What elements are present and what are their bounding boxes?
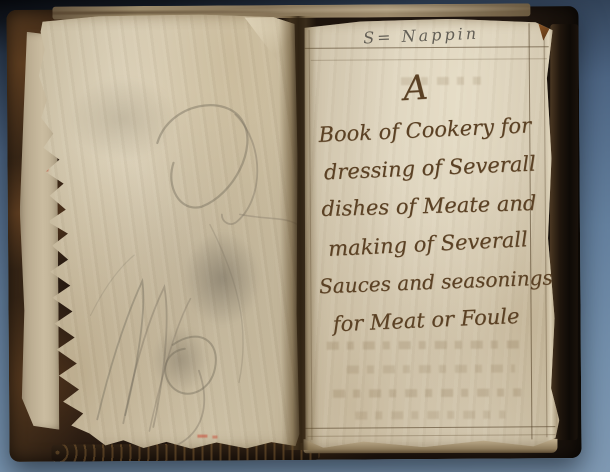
ink-bleedthrough [333,388,521,397]
open-book: S= Nappin A Book of Cookery for dressing… [0,2,587,468]
ruled-border-line [307,434,555,437]
red-ink-mark [212,436,217,439]
ink-bleedthrough [355,411,505,420]
ruled-border-line [305,426,555,429]
gutter-shadow [278,16,319,450]
owner-signature: S= Nappin [318,22,524,50]
ink-bleedthrough [347,364,515,373]
red-ink-mark [197,435,207,438]
title-text-block: A Book of Cookery for dressing of Severa… [308,62,546,342]
book-photograph: S= Nappin A Book of Cookery for dressing… [0,0,610,472]
binding-edge [550,24,579,440]
title-page: S= Nappin A Book of Cookery for dressing… [300,18,563,452]
ink-bleedthrough [327,340,523,349]
